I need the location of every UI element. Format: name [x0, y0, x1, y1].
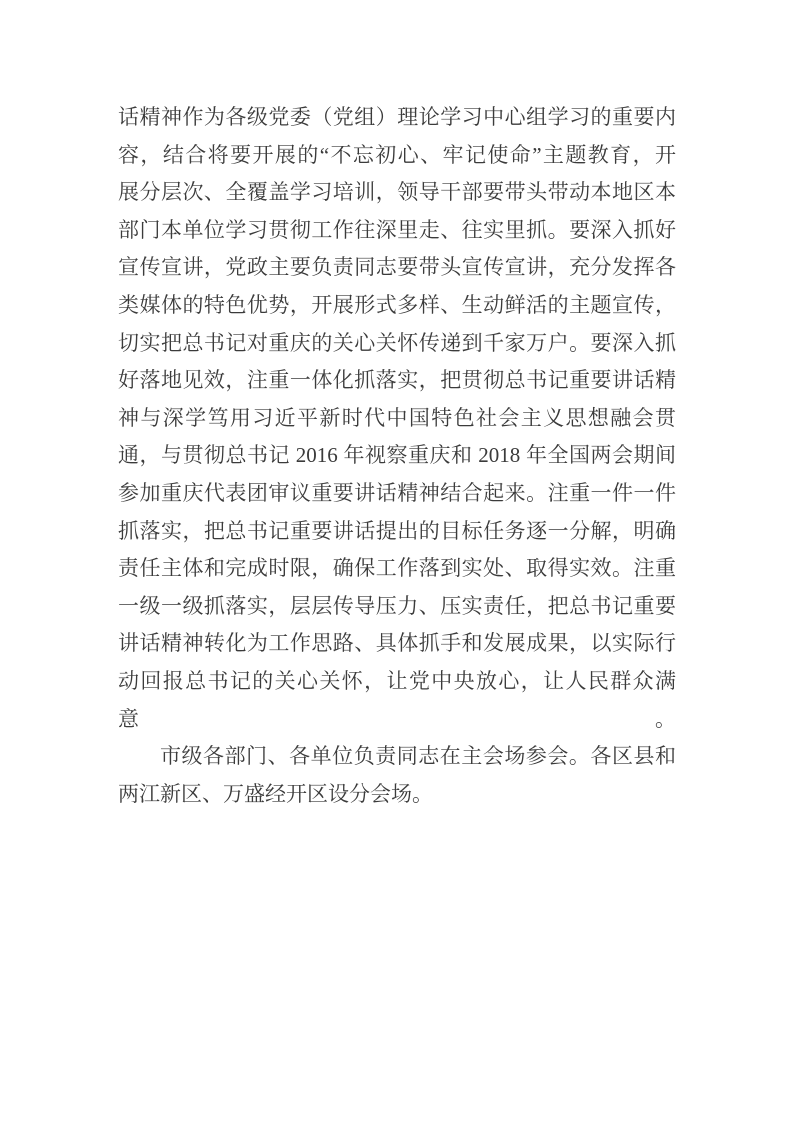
text-line: 神与深学笃用习近平新时代中国特色社会主义思想融会贯: [118, 400, 676, 438]
text-line: 两江新区、万盛经开区设分会场。: [118, 776, 676, 814]
document-body: 话精神作为各级党委（党组）理论学习中心组学习的重要内 容，结合将要开展的“不忘初…: [118, 99, 676, 813]
text-line: 一级一级抓落实，层层传导压力、压实责任，把总书记重要: [118, 588, 676, 626]
text-line: 宣传宣讲，党政主要负责同志要带头宣传宣讲，充分发挥各: [118, 249, 676, 287]
text-line: 话精神作为各级党委（党组）理论学习中心组学习的重要内: [118, 99, 676, 137]
text-line: 责任主体和完成时限，确保工作落到实处、取得实效。注重: [118, 550, 676, 588]
text-line: 动回报总书记的关心关怀，让党中央放心，让人民群众满意。: [118, 663, 676, 738]
text-line: 好落地见效，注重一体化抓落实，把贯彻总书记重要讲话精: [118, 362, 676, 400]
text-line: 展分层次、全覆盖学习培训，领导干部要带头带动本地区本: [118, 174, 676, 212]
text-line: 讲话精神转化为工作思路、具体抓手和发展成果，以实际行: [118, 625, 676, 663]
text-line: 抓落实，把总书记重要讲话提出的目标任务逐一分解，明确: [118, 513, 676, 551]
text-line: 容，结合将要开展的“不忘初心、牢记使命”主题教育，开: [118, 137, 676, 175]
text-line: 参加重庆代表团审议重要讲话精神结合起来。注重一件一件: [118, 475, 676, 513]
text-line: 类媒体的特色优势，开展形式多样、生动鲜活的主题宣传，: [118, 287, 676, 325]
text-line: 部门本单位学习贯彻工作往深里走、往实里抓。要深入抓好: [118, 212, 676, 250]
text-line: 市级各部门、各单位负责同志在主会场参会。各区县和: [118, 738, 676, 776]
text-line: 切实把总书记对重庆的关心关怀传递到千家万户。要深入抓: [118, 325, 676, 363]
document-page: 话精神作为各级党委（党组）理论学习中心组学习的重要内 容，结合将要开展的“不忘初…: [0, 0, 793, 1122]
text-line: 通，与贯彻总书记 2016 年视察重庆和 2018 年全国两会期间: [118, 437, 676, 475]
